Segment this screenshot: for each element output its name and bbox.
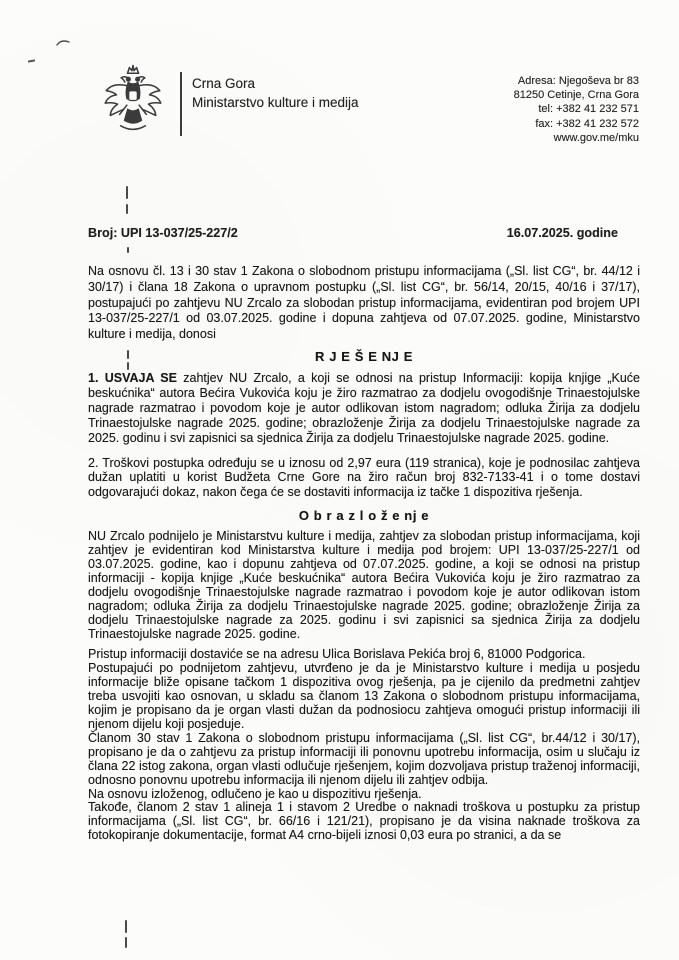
document-body: Broj: UPI 13-037/25-227/2 16.07.2025. go… — [88, 226, 640, 843]
reference-row: Broj: UPI 13-037/25-227/2 16.07.2025. go… — [88, 226, 640, 240]
address-line: fax: +382 41 232 572 — [409, 117, 639, 131]
explanation-paragraph: Na osnovu izloženog, odlučeno je kao u d… — [88, 788, 640, 802]
explanation-section: NU Zrcalo podnijelo je Ministarstvu kult… — [88, 530, 640, 843]
scanned-document-page: Crna Gora Ministarstvo kulture i medija … — [0, 0, 679, 960]
decision-heading: R J E Š E NJ E — [88, 349, 640, 364]
explanation-heading: O b r a z l o ž e nj e — [88, 508, 640, 523]
document-date: 16.07.2025. godine — [507, 226, 618, 240]
montenegro-coat-of-arms-icon — [100, 64, 166, 134]
decision-item-1-lead: 1. USVAJA SE — [88, 371, 177, 385]
scan-artifact-fold-mark — [125, 937, 127, 948]
issuing-authority: Crna Gora Ministarstvo kulture i medija — [192, 74, 359, 112]
address-block: Adresa: Njegoševa br 83 81250 Cetinje, C… — [409, 74, 639, 145]
explanation-paragraph: Pristup informaciji dostaviće se na adre… — [88, 648, 640, 662]
explanation-paragraph: Članom 30 stav 1 Zakona o slobodnom pris… — [88, 732, 640, 788]
address-line: 81250 Cetinje, Crna Gora — [409, 88, 639, 102]
legal-basis-paragraph: Na osnovu čl. 13 i 30 stav 1 Zakona o sl… — [88, 264, 640, 343]
scan-artifact-fold-mark — [125, 920, 127, 933]
country-name: Crna Gora — [192, 74, 359, 93]
scan-artifact-squiggle — [56, 38, 71, 47]
decision-item-1: 1. USVAJA SE zahtjev NU Zrcalo, a koji s… — [88, 371, 640, 446]
header-divider — [180, 72, 182, 136]
scan-artifact-fold-mark — [126, 186, 128, 199]
decision-item-2: 2. Troškovi postupka određuju se u iznos… — [88, 456, 640, 499]
explanation-paragraph: Postupajući po podnijetom zahtjevu, utvr… — [88, 662, 640, 732]
website-line: www.gov.me/mku — [409, 131, 639, 145]
explanation-paragraph: NU Zrcalo podnijelo je Ministarstvu kult… — [88, 530, 640, 641]
address-line: Adresa: Njegoševa br 83 — [409, 74, 639, 88]
address-line: tel: +382 41 232 571 — [409, 102, 639, 116]
reference-number: Broj: UPI 13-037/25-227/2 — [88, 226, 238, 240]
scan-artifact-dash — [28, 59, 35, 62]
ministry-name: Ministarstvo kulture i medija — [192, 93, 359, 112]
explanation-paragraph: Takođe, članom 2 stav 1 alineja 1 i stav… — [88, 801, 640, 843]
scan-artifact-fold-mark — [126, 204, 128, 214]
